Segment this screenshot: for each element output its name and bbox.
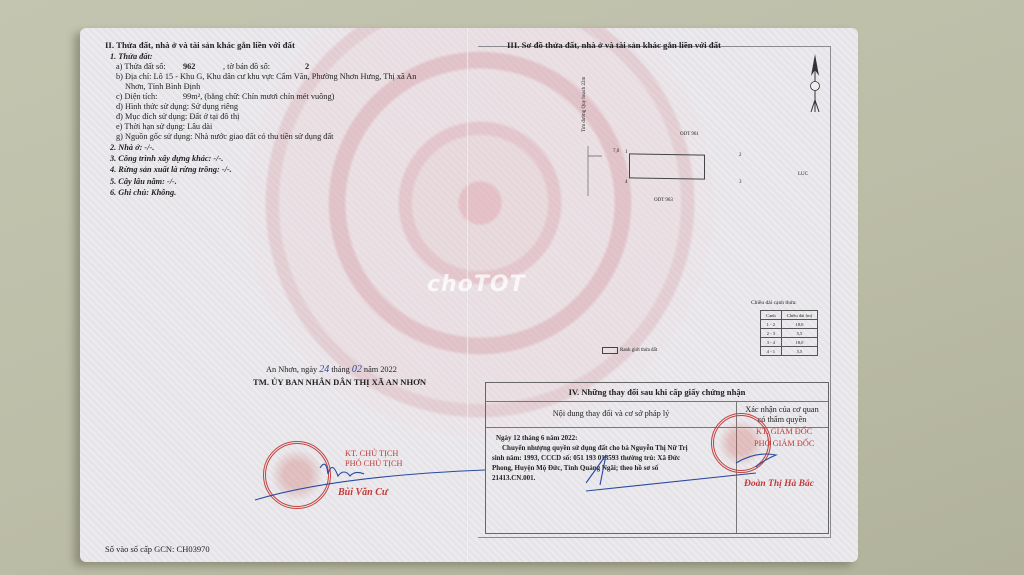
item-construction: 3. Công trình xây dựng khác: -/-. (110, 154, 223, 164)
section-ii-title: II. Thửa đất, nhà ở và tài sản khác gắn … (105, 40, 295, 50)
land-certificate: II. Thửa đất, nhà ở và tài sản khác gắn … (80, 28, 858, 562)
signature-left (250, 456, 490, 506)
issuing-authority: TM. ỦY BAN NHÂN DÂN THỊ XÃ AN NHƠN (253, 377, 426, 387)
area-label: c) Diện tích: (116, 92, 157, 102)
east-label: LUC (798, 170, 808, 180)
change-entry-line4: 21413.CN.001. (492, 473, 535, 483)
land-heading: 1. Thửa đất: (110, 52, 153, 62)
changes-title: IV. Những thay đổi sau khi cấp giấy chứn… (486, 387, 828, 397)
table-row: 2 - 35,5 (761, 329, 818, 338)
north-neighbor: ODT 961 (680, 130, 699, 140)
changes-col1-header: Nội dung thay đổi và cơ sở pháp lý (486, 409, 736, 419)
edge-length-table: Cạnh Chiều dài (m) 1 - 218,0 2 - 35,5 3 … (760, 310, 818, 356)
usage-origin: g) Nguồn gốc sử dụng: Nhà nước giao đất … (116, 132, 333, 142)
offset-arrow (588, 154, 602, 158)
table-row: 4 - 15,5 (761, 347, 818, 356)
north-arrow-icon (808, 54, 822, 112)
date-month: 02 (352, 364, 362, 375)
parcel-number: 962 (183, 62, 195, 72)
chotot-watermark: choTOT (427, 272, 526, 297)
changes-section: IV. Những thay đổi sau khi cấp giấy chứn… (485, 382, 829, 534)
south-neighbor: ODT 963 (654, 196, 673, 206)
signing-date: An Nhơn, ngày 24 tháng 02 năm 2022 (266, 365, 397, 375)
area-value: 99m², (bằng chữ: Chín mươi chín mét vuôn… (183, 92, 334, 102)
item-house: 2. Nhà ở: -/-. (110, 143, 154, 153)
corner-4: 4 (625, 178, 628, 188)
date-day: 24 (319, 364, 329, 375)
signer-name: Bùi Văn Cư (338, 488, 388, 498)
parcel-label: a) Thửa đất số: (116, 62, 166, 72)
parcel-boundary (629, 153, 705, 179)
address-line2: Nhơn, Tỉnh Bình Định (125, 82, 200, 92)
table-row: 1 - 218,0 (761, 320, 818, 329)
date-month-label: tháng (331, 365, 349, 374)
edges-title: Chiều dài cạnh thửa: (751, 298, 797, 308)
legend-label: Ranh giới thửa đất (620, 346, 657, 356)
item-forest: 4. Rừng sản xuất là rừng trồng: -/-. (110, 165, 232, 175)
edges-header-length: Chiều dài (m) (781, 311, 818, 320)
change-entry-date: Ngày 12 tháng 6 năm 2022: (496, 433, 577, 443)
usage-duration: e) Thời hạn sử dụng: Lâu dài (116, 122, 212, 132)
section-iii-title: III. Sơ đồ thửa đất, nhà ở và tài sản kh… (507, 40, 721, 50)
corner-3: 3 (739, 178, 742, 188)
confirm-signatory: Đoàn Thị Hà Bắc (744, 479, 814, 489)
table-row: 3 - 418,0 (761, 338, 818, 347)
date-prefix: An Nhơn, ngày (266, 365, 317, 374)
register-number: Số vào sổ cấp GCN: CH03970 (105, 544, 210, 554)
road-offset: 7,0 (613, 147, 619, 157)
address-line1: b) Địa chỉ: Lô 15 - Khu G, Khu dân cư kh… (116, 72, 416, 82)
confirm-role1: KT. GIÁM ĐỐC (756, 427, 812, 437)
usage-form: d) Hình thức sử dụng: Sử dụng riêng (116, 102, 238, 112)
road-label: Tim đường Quy hoạch 22m (580, 77, 590, 132)
edges-header-edge: Cạnh (761, 311, 782, 320)
map-number: 2 (305, 62, 309, 72)
date-year: năm 2022 (364, 365, 397, 374)
item-perennial: 5. Cây lâu năm: -/-. (110, 177, 177, 187)
map-label: , tờ bản đồ số: (223, 62, 270, 72)
corner-2: 2 (739, 151, 742, 161)
legend-swatch (602, 347, 618, 354)
usage-purpose: đ) Mục đích sử dụng: Đất ở tại đô thị (116, 112, 239, 122)
corner-1: 1 (625, 148, 628, 158)
item-note: 6. Ghi chú: Không. (110, 188, 176, 198)
